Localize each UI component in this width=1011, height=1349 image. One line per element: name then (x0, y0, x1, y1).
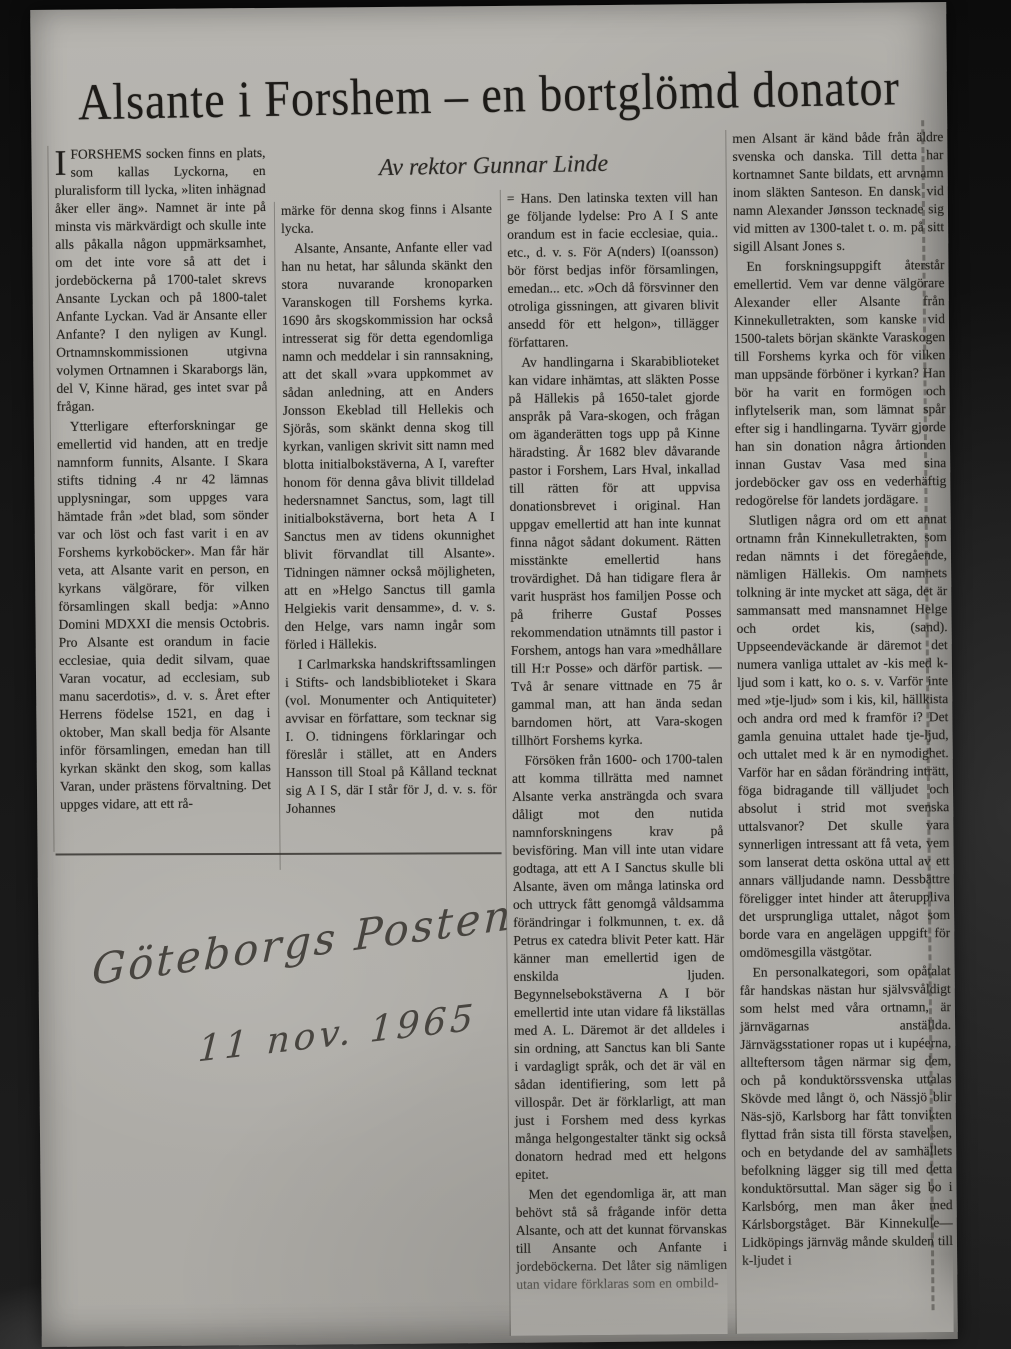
article-headline: Alsante i Forshem – en bortglömd donator (52, 57, 925, 132)
article-column-3: = Hans. Den latinska texten vill han ge … (500, 188, 728, 1336)
paragraph: Alsante, Ansante, Anfante eller vad han … (281, 238, 496, 654)
paragraph: I Carlmarkska handskriftssamlingen i Sti… (285, 654, 497, 818)
paragraph: Försöken från 1600- och 1700-talen att k… (512, 750, 727, 1184)
handwritten-date: 11 nov. 1965 (197, 997, 478, 1070)
handwritten-source: Göteborgs Posten (91, 890, 514, 995)
paragraph: men Alsant är känd både från äldre svens… (732, 128, 944, 256)
article-column-2: märke för denna skog finns i Alsante lyc… (274, 200, 498, 870)
paragraph: Av handlingarna i Skarabiblioteket kan v… (508, 352, 722, 750)
newspaper-clipping: Alsante i Forshem – en bortglömd donator… (30, 2, 958, 1347)
paragraph: Slutligen några ord om ett annat ortnamn… (736, 510, 951, 962)
paragraph: En personalkategori, som opåtalat får ha… (740, 962, 954, 1270)
photo-backdrop: { "colors": { "backdrop": "#141414", "pa… (0, 0, 1011, 1349)
paragraph: Men det egendomliga är, att man behövt s… (515, 1184, 727, 1294)
article-column-4: men Alsant är känd både från äldre svens… (725, 128, 953, 1334)
paragraph: märke för denna skog finns i Alsante lyc… (281, 200, 492, 238)
paragraph: IFORSHEMS socken finns en plats, som kal… (54, 144, 267, 416)
article-byline: Av rektor Gunnar Linde (303, 149, 683, 183)
article-column-1: IFORSHEMS socken finns en plats, som kal… (47, 144, 271, 852)
paragraph: = Hans. Den latinska texten vill han ge … (507, 188, 719, 352)
paragraph: En forskningsuppgift återstår emellertid… (733, 256, 946, 510)
drop-cap: I (54, 146, 70, 179)
paragraph: Ytterligare efterforskningar ge emellert… (57, 416, 271, 814)
paragraph-text: FORSHEMS socken finns en plats, som kall… (55, 145, 268, 414)
